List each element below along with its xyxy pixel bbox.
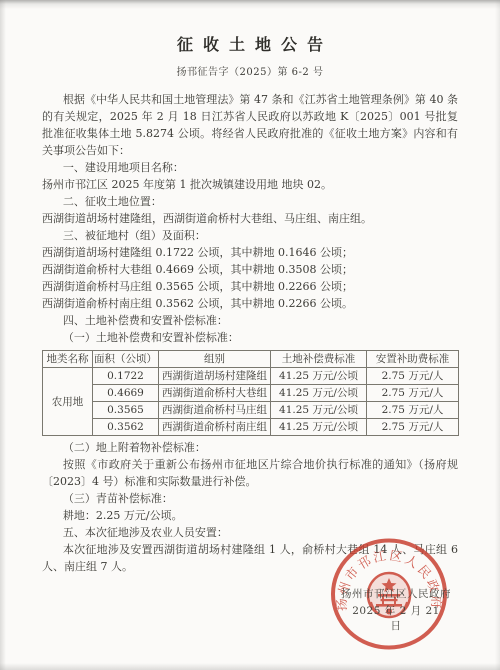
group-cell: 西湖街道俞桥村大巷组 [159,385,271,402]
section4-sub3-heading: （三）青苗补偿标准： [42,490,458,507]
section3-line: 西湖街道俞桥村南庄组 0.3562 公顷，其中耕地 0.2266 公顷。 [42,295,458,312]
resettle-cell: 2.75 万元/人 [367,385,459,402]
land-comp-cell: 41.25 万元/公顷 [271,385,367,402]
land-comp-cell: 41.25 万元/公顷 [271,368,367,385]
area-cell: 0.3565 [93,402,159,419]
compensation-table: 地类名称 面积（公顷） 组别 土地补偿费标准 安置补助费标准 农用地 0.172… [42,350,459,436]
header-group: 组别 [159,351,271,368]
header-land-type: 地类名称 [43,351,93,368]
scan-shadow-bottom [0,663,500,670]
land-comp-cell: 41.25 万元/公顷 [271,402,367,419]
scan-shadow-top [0,0,500,9]
header-resettle: 安置补助费标准 [367,351,459,368]
table-row: 农用地 0.1722 西湖街道胡场村建隆组 41.25 万元/公顷 2.75 万… [43,368,459,385]
table-row: 0.4669 西湖街道俞桥村大巷组 41.25 万元/公顷 2.75 万元/人 [43,385,459,402]
area-cell: 0.3562 [93,419,159,436]
section4-heading: 四、土地补偿费和安置补偿标准： [42,312,458,329]
header-area: 面积（公顷） [93,351,159,368]
resettle-cell: 2.75 万元/人 [367,402,459,419]
area-cell: 0.4669 [93,385,159,402]
section3-heading: 三、被征地村（组）及面积： [42,227,458,244]
section4-sub2-heading: （二）地上附着物补偿标准： [42,439,458,456]
document-body: 征收土地公告 扬邗征告字（2025）第 6-2 号 根据《中华人民共和国土地管理… [42,34,458,575]
intro-paragraph: 根据《中华人民共和国土地管理法》第 47 条和《江苏省土地管理条例》第 40 条… [42,91,458,159]
section1-text: 扬州市邗江区 2025 年度第 1 批次城镇建设用地 地块 02。 [42,176,458,193]
section4-sub2-text: 按照《市政府关于重新公布扬州市征地区片综合地价执行标准的通知》（扬府规〔2023… [42,456,458,490]
land-comp-cell: 41.25 万元/公顷 [271,419,367,436]
section4-sub3-text: 耕地：2.25 万元/公顷。 [42,507,458,524]
section3-line: 西湖街道俞桥村大巷组 0.4669 公顷，其中耕地 0.3508 公顷； [42,261,458,278]
group-cell: 西湖街道俞桥村马庄组 [159,402,271,419]
section2-heading: 二、征收土地位置： [42,193,458,210]
table-row: 0.3565 西湖街道俞桥村马庄组 41.25 万元/公顷 2.75 万元/人 [43,402,459,419]
area-cell: 0.1722 [93,368,159,385]
table-row: 0.3562 西湖街道俞桥村南庄组 41.25 万元/公顷 2.75 万元/人 [43,419,459,436]
header-land-comp: 土地补偿费标准 [271,351,367,368]
section3-line: 西湖街道胡场村建隆组 0.1722 公顷，其中耕地 0.1646 公顷； [42,244,458,261]
announcement-page: 征收土地公告 扬邗征告字（2025）第 6-2 号 根据《中华人民共和国土地管理… [0,0,500,670]
section1-heading: 一、建设用地项目名称： [42,159,458,176]
scan-shadow-right [495,0,500,670]
section4-sub1-heading: （一）土地补偿费和安置补偿标准： [42,329,458,346]
resettle-cell: 2.75 万元/人 [367,419,459,436]
resettle-cell: 2.75 万元/人 [367,368,459,385]
group-cell: 西湖街道俞桥村南庄组 [159,419,271,436]
land-type-cell: 农用地 [43,368,93,436]
table-header-row: 地类名称 面积（公顷） 组别 土地补偿费标准 安置补助费标准 [43,351,459,368]
scan-shadow-left [0,0,6,670]
page-title: 征收土地公告 [42,34,458,56]
doc-number: 扬邗征告字（2025）第 6-2 号 [42,63,458,78]
group-cell: 西湖街道胡场村建隆组 [159,368,271,385]
section3-line: 西湖街道俞桥村马庄组 0.3565 公顷，其中耕地 0.2266 公顷； [42,278,458,295]
signature-agency: 扬州市邗江区人民政府 [341,586,451,601]
section2-text: 西湖街道胡场村建隆组，西湖街道俞桥村大巷组、马庄组、南庄组。 [42,210,458,227]
signature-date: 2025 年 2 月 21 日 [350,603,442,633]
